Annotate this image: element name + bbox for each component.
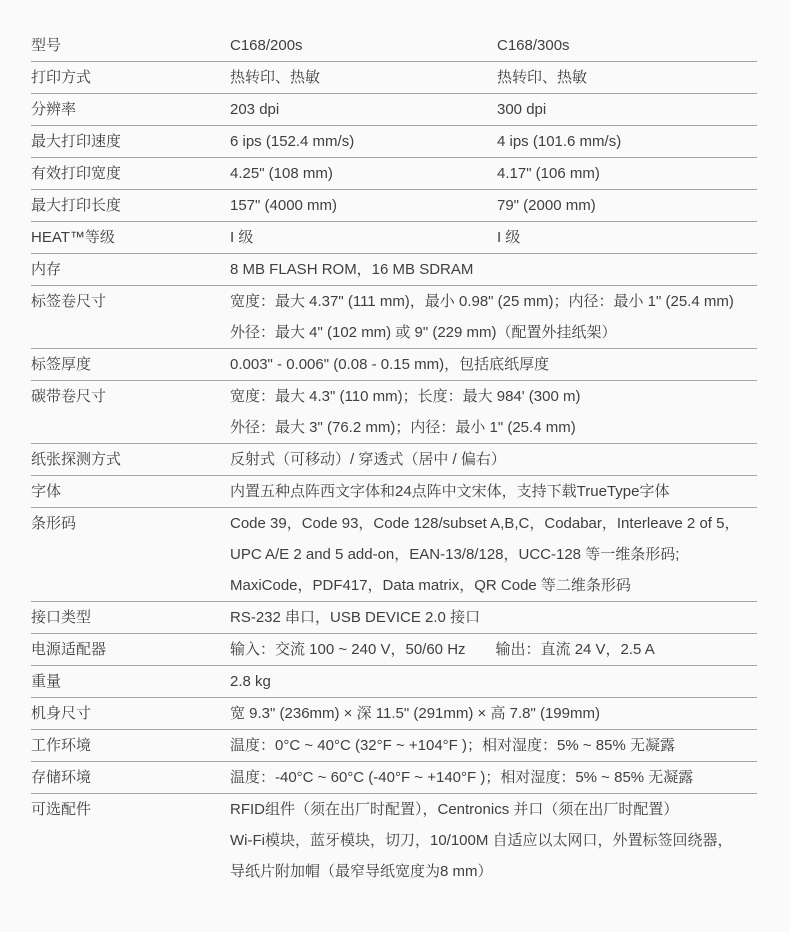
spec-label: 标签厚度 (31, 349, 230, 380)
spec-value: 4.25" (108 mm) (230, 158, 497, 189)
spec-value: I 级 (497, 222, 757, 253)
printer-spec-table: 型号 C168/200s C168/300s 打印方式 热转印、热敏 热转印、热… (31, 0, 757, 887)
spec-label: 机身尺寸 (31, 698, 230, 729)
spec-label: 可选配件 (31, 794, 230, 825)
spec-value: I 级 (230, 222, 497, 253)
spec-row-interface: 接口类型 RS-232 串口，USB DEVICE 2.0 接口 (31, 602, 757, 634)
spec-row-storage-environment: 存储环境 温度：-40°C ~ 60°C (-40°F ~ +140°F )；相… (31, 762, 757, 794)
spec-label: 接口类型 (31, 602, 230, 633)
spec-value: 79" (2000 mm) (497, 190, 757, 221)
spec-value-model-300s: C168/300s (497, 30, 757, 61)
spec-label: 条形码 (31, 508, 230, 539)
spec-value: MaxiCode，PDF417，Data matrix，QR Code 等二维条… (230, 570, 757, 601)
spec-label: 字体 (31, 476, 230, 507)
spec-value: 2.8 kg (230, 666, 757, 697)
spec-row-dimensions: 机身尺寸 宽 9.3" (236mm) × 深 11.5" (291mm) × … (31, 698, 757, 730)
spec-value: 反射式（可移动）/ 穿透式（居中 / 偏右） (230, 444, 757, 475)
spec-row-label-thickness: 标签厚度 0.003" - 0.006" (0.08 - 0.15 mm)，包括… (31, 349, 757, 381)
spec-value: 8 MB FLASH ROM，16 MB SDRAM (230, 254, 757, 285)
spec-value: UPC A/E 2 and 5 add-on，EAN-13/8/128，UCC-… (230, 539, 757, 570)
spec-value: Code 39，Code 93，Code 128/subset A,B,C，Co… (230, 508, 757, 539)
spec-row-barcodes: 条形码 Code 39，Code 93，Code 128/subset A,B,… (31, 508, 757, 602)
spec-value: 6 ips (152.4 mm/s) (230, 126, 497, 157)
spec-label: 分辨率 (31, 94, 230, 125)
spec-value: 内置五种点阵西文字体和24点阵中文宋体，支持下载TrueType字体 (230, 476, 757, 507)
spec-value: 热转印、热敏 (497, 62, 757, 93)
spec-label: 电源适配器 (31, 634, 230, 665)
spec-value: RFID组件（须在出厂时配置），Centronics 并口（须在出厂时配置） (230, 794, 757, 825)
spec-value: 宽 9.3" (236mm) × 深 11.5" (291mm) × 高 7.8… (230, 698, 757, 729)
spec-value: 157" (4000 mm) (230, 190, 497, 221)
spec-row-optional-accessories: 可选配件 RFID组件（须在出厂时配置），Centronics 并口（须在出厂时… (31, 794, 757, 887)
spec-label: 最大打印长度 (31, 190, 230, 221)
spec-label: 标签卷尺寸 (31, 286, 230, 317)
spec-row-heat-grade: HEAT™等级 I 级 I 级 (31, 222, 757, 254)
spec-value: 导纸片附加帽（最窄导纸宽度为8 mm） (230, 856, 757, 887)
spec-row-label-roll-size: 标签卷尺寸 宽度：最大 4.37" (111 mm)，最小 0.98" (25 … (31, 286, 757, 349)
spec-value: 输入：交流 100 ~ 240 V，50/60 Hz 输出：直流 24 V，2.… (230, 634, 757, 665)
spec-label: HEAT™等级 (31, 222, 230, 253)
spec-label: 型号 (31, 30, 230, 61)
spec-value: Wi-Fi模块，蓝牙模块，切刀，10/100M 自适应以太网口，外置标签回绕器， (230, 825, 757, 856)
spec-value: 4 ips (101.6 mm/s) (497, 126, 757, 157)
spec-label: 纸张探测方式 (31, 444, 230, 475)
spec-row-ribbon-roll-size: 碳带卷尺寸 宽度：最大 4.3" (110 mm)；长度：最大 984' (30… (31, 381, 757, 444)
spec-label: 存储环境 (31, 762, 230, 793)
spec-label: 碳带卷尺寸 (31, 381, 230, 412)
spec-row-memory: 内存 8 MB FLASH ROM，16 MB SDRAM (31, 254, 757, 286)
spec-value: 203 dpi (230, 94, 497, 125)
spec-row-max-print-speed: 最大打印速度 6 ips (152.4 mm/s) 4 ips (101.6 m… (31, 126, 757, 158)
spec-row-weight: 重量 2.8 kg (31, 666, 757, 698)
spec-label: 内存 (31, 254, 230, 285)
spec-row-fonts: 字体 内置五种点阵西文字体和24点阵中文宋体，支持下载TrueType字体 (31, 476, 757, 508)
spec-value: RS-232 串口，USB DEVICE 2.0 接口 (230, 602, 757, 633)
spec-value: 热转印、热敏 (230, 62, 497, 93)
spec-label: 打印方式 (31, 62, 230, 93)
spec-row-operating-environment: 工作环境 温度：0°C ~ 40°C (32°F ~ +104°F )；相对湿度… (31, 730, 757, 762)
spec-row-print-width: 有效打印宽度 4.25" (108 mm) 4.17" (106 mm) (31, 158, 757, 190)
spec-value-model-200s: C168/200s (230, 30, 497, 61)
spec-row-resolution: 分辨率 203 dpi 300 dpi (31, 94, 757, 126)
spec-value: 外径：最大 4" (102 mm) 或 9" (229 mm)（配置外挂纸架） (230, 317, 757, 348)
spec-value: 300 dpi (497, 94, 757, 125)
spec-row-paper-detection: 纸张探测方式 反射式（可移动）/ 穿透式（居中 / 偏右） (31, 444, 757, 476)
spec-value: 宽度：最大 4.3" (110 mm)；长度：最大 984' (300 m) (230, 381, 757, 412)
spec-label: 有效打印宽度 (31, 158, 230, 189)
spec-row-model: 型号 C168/200s C168/300s (31, 30, 757, 62)
spec-value: 温度：-40°C ~ 60°C (-40°F ~ +140°F )；相对湿度：5… (230, 762, 757, 793)
spec-row-max-print-length: 最大打印长度 157" (4000 mm) 79" (2000 mm) (31, 190, 757, 222)
spec-row-power-adapter: 电源适配器 输入：交流 100 ~ 240 V，50/60 Hz 输出：直流 2… (31, 634, 757, 666)
spec-label: 重量 (31, 666, 230, 697)
spec-value: 4.17" (106 mm) (497, 158, 757, 189)
spec-label: 工作环境 (31, 730, 230, 761)
spec-value: 0.003" - 0.006" (0.08 - 0.15 mm)，包括底纸厚度 (230, 349, 757, 380)
spec-value: 外径：最大 3" (76.2 mm)；内径：最小 1" (25.4 mm) (230, 412, 757, 443)
spec-value: 宽度：最大 4.37" (111 mm)，最小 0.98" (25 mm)；内径… (230, 286, 757, 317)
spec-row-print-method: 打印方式 热转印、热敏 热转印、热敏 (31, 62, 757, 94)
spec-label: 最大打印速度 (31, 126, 230, 157)
spec-value: 温度：0°C ~ 40°C (32°F ~ +104°F )；相对湿度：5% ~… (230, 730, 757, 761)
